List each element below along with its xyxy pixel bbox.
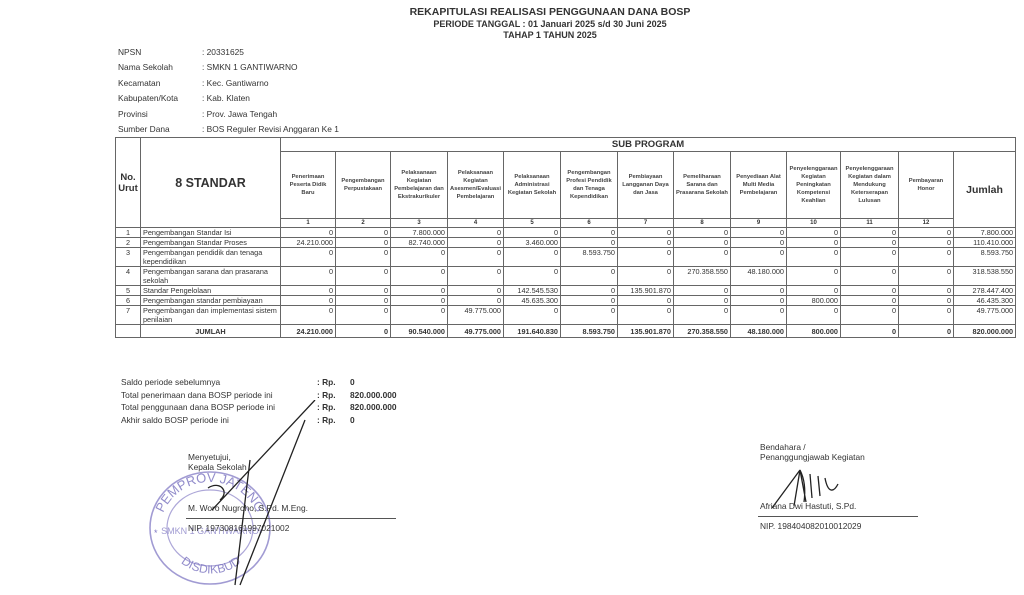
- row-standar: Pengembangan pendidik dan tenaga kependi…: [141, 248, 281, 267]
- row-value: 0: [787, 267, 841, 286]
- info-row: NPSN: 20331625: [118, 47, 339, 62]
- total-value: 191.640.830: [504, 325, 561, 338]
- row-standar: Pengembangan Standar Proses: [141, 238, 281, 248]
- row-value: 0: [336, 286, 391, 296]
- svg-text:*: *: [154, 528, 158, 538]
- info-value: : 20331625: [202, 47, 244, 62]
- row-value: 0: [391, 296, 448, 306]
- sub-program-number: 8: [674, 219, 731, 228]
- total-value: 24.210.000: [281, 325, 336, 338]
- treasurer-signature-line: [758, 516, 918, 517]
- total-value: 270.358.550: [674, 325, 731, 338]
- row-value: 0: [841, 296, 899, 306]
- row-value: 0: [841, 306, 899, 325]
- row-value: 0: [731, 228, 787, 238]
- sub-program-header: Pelaksanaan Kegiatan Pembelajaran dan Ek…: [391, 152, 448, 219]
- row-value: 0: [391, 306, 448, 325]
- info-label: NPSN: [118, 47, 202, 62]
- info-row: Nama Sekolah: SMKN 1 GANTIWARNO: [118, 62, 339, 77]
- row-value: 0: [841, 238, 899, 248]
- row-jumlah: 110.410.000: [954, 238, 1016, 248]
- treasurer-name: Afriana Dwi Hastuti, S.Pd.: [760, 501, 856, 511]
- row-value: 0: [336, 248, 391, 267]
- row-value: 0: [618, 306, 674, 325]
- sub-program-header: Penyelenggaraan Kegiatan Peningkatan Kom…: [787, 152, 841, 219]
- treasurer-line1: Bendahara /: [760, 442, 865, 452]
- total-label: JUMLAH: [141, 325, 281, 338]
- row-value: 7.800.000: [391, 228, 448, 238]
- row-jumlah: 49.775.000: [954, 306, 1016, 325]
- row-standar: Pengembangan dan implementasi sistem pen…: [141, 306, 281, 325]
- table-row: 5Standar Pengelolaan0000142.545.5300135.…: [116, 286, 1016, 296]
- row-value: 142.545.530: [504, 286, 561, 296]
- table-row: 6Pengembangan standar pembiayaan000045.6…: [116, 296, 1016, 306]
- row-value: 0: [899, 286, 954, 296]
- row-number: 7: [116, 306, 141, 325]
- row-jumlah: 7.800.000: [954, 228, 1016, 238]
- sub-program-header: Penerimaan Peserta Didik Baru: [281, 152, 336, 219]
- row-number: 4: [116, 267, 141, 286]
- row-value: 0: [281, 306, 336, 325]
- total-value: 8.593.750: [561, 325, 618, 338]
- row-value: 0: [561, 267, 618, 286]
- total-row: JUMLAH24.210.000090.540.00049.775.000191…: [116, 325, 1016, 338]
- row-value: 0: [899, 228, 954, 238]
- sub-program-number: 12: [899, 219, 954, 228]
- info-label: Kecamatan: [118, 78, 202, 93]
- header-no-urut: No. Urut: [116, 138, 141, 228]
- recap-table: No. Urut 8 STANDAR SUB PROGRAM Penerimaa…: [115, 137, 1016, 338]
- row-standar: Pengembangan standar pembiayaan: [141, 296, 281, 306]
- row-value: 0: [618, 267, 674, 286]
- summary-currency: : Rp.: [317, 377, 350, 390]
- info-row: Kecamatan: Kec. Gantiwarno: [118, 78, 339, 93]
- row-value: 0: [731, 248, 787, 267]
- sub-program-number: 3: [391, 219, 448, 228]
- sub-program-header: Penyelenggaraan Kegiatan dalam Mendukung…: [841, 152, 899, 219]
- row-value: 45.635.300: [504, 296, 561, 306]
- sub-program-header: Pembiayaan Langganan Daya dan Jasa: [618, 152, 674, 219]
- sub-program-number: 1: [281, 219, 336, 228]
- sub-program-header: Pelaksanaan Administrasi Kegiatan Sekola…: [504, 152, 561, 219]
- total-value: 0: [899, 325, 954, 338]
- row-value: 0: [731, 286, 787, 296]
- info-row: Kabupaten/Kota: Kab. Klaten: [118, 93, 339, 108]
- table-row: 2Pengembangan Standar Proses24.210.00008…: [116, 238, 1016, 248]
- row-value: 0: [448, 286, 504, 296]
- total-value: 0: [841, 325, 899, 338]
- info-label: Kabupaten/Kota: [118, 93, 202, 108]
- sub-program-header: Pengembangan Profesi Pendidik dan Tenaga…: [561, 152, 618, 219]
- sub-program-number: 9: [731, 219, 787, 228]
- row-value: 0: [899, 238, 954, 248]
- table-row: 7Pengembangan dan implementasi sistem pe…: [116, 306, 1016, 325]
- row-value: 0: [731, 296, 787, 306]
- summary-row: Saldo periode sebelumnya: Rp.0: [121, 377, 397, 390]
- row-number: 2: [116, 238, 141, 248]
- row-value: 0: [281, 296, 336, 306]
- row-value: 0: [281, 267, 336, 286]
- row-value: 0: [618, 296, 674, 306]
- row-value: 0: [504, 267, 561, 286]
- row-number: 3: [116, 248, 141, 267]
- row-value: 0: [504, 228, 561, 238]
- row-value: 0: [787, 228, 841, 238]
- row-standar: Pengembangan sarana dan prasarana sekola…: [141, 267, 281, 286]
- summary-value: 0: [350, 377, 355, 390]
- sub-program-number: 7: [618, 219, 674, 228]
- row-number: 5: [116, 286, 141, 296]
- row-value: 0: [841, 267, 899, 286]
- row-value: 82.740.000: [391, 238, 448, 248]
- row-standar: Pengembangan Standar Isi: [141, 228, 281, 238]
- row-jumlah: 318.538.550: [954, 267, 1016, 286]
- row-value: 0: [841, 286, 899, 296]
- row-value: 0: [281, 228, 336, 238]
- summary-value: 820.000.000: [350, 390, 397, 403]
- row-value: 0: [561, 286, 618, 296]
- total-blank: [116, 325, 141, 338]
- row-value: 0: [336, 306, 391, 325]
- info-label: Provinsi: [118, 109, 202, 124]
- row-value: 0: [787, 286, 841, 296]
- sub-program-number: 6: [561, 219, 618, 228]
- table-row: 1Pengembangan Standar Isi007.800.0000000…: [116, 228, 1016, 238]
- info-value: : Prov. Jawa Tengah: [202, 109, 277, 124]
- row-value: 0: [561, 228, 618, 238]
- sub-program-number: 5: [504, 219, 561, 228]
- sub-program-header: Penyediaan Alat Multi Media Pembelajaran: [731, 152, 787, 219]
- row-value: 0: [336, 238, 391, 248]
- row-value: 0: [674, 248, 731, 267]
- row-value: 48.180.000: [731, 267, 787, 286]
- row-value: 0: [281, 286, 336, 296]
- row-value: 0: [391, 286, 448, 296]
- row-value: 0: [336, 228, 391, 238]
- row-value: 0: [336, 296, 391, 306]
- table-row: 3Pengembangan pendidik dan tenaga kepend…: [116, 248, 1016, 267]
- row-value: 270.358.550: [674, 267, 731, 286]
- row-value: 0: [561, 296, 618, 306]
- row-jumlah: 278.447.400: [954, 286, 1016, 296]
- info-row: Provinsi: Prov. Jawa Tengah: [118, 109, 339, 124]
- total-jumlah: 820.000.000: [954, 325, 1016, 338]
- row-value: 0: [674, 228, 731, 238]
- sub-program-number: 10: [787, 219, 841, 228]
- row-value: 0: [899, 267, 954, 286]
- row-value: 0: [899, 306, 954, 325]
- info-value: : Kab. Klaten: [202, 93, 250, 108]
- row-value: 0: [391, 248, 448, 267]
- document-stage: TAHAP 1 TAHUN 2025: [0, 30, 1024, 40]
- row-value: 0: [787, 238, 841, 248]
- treasurer-line2: Penanggungjawab Kegiatan: [760, 452, 865, 462]
- row-value: 0: [618, 228, 674, 238]
- row-value: 0: [899, 296, 954, 306]
- row-value: 0: [448, 248, 504, 267]
- row-value: 0: [674, 286, 731, 296]
- total-value: 49.775.000: [448, 325, 504, 338]
- sub-program-header: Pengembangan Perpustakaan: [336, 152, 391, 219]
- sub-program-number: 11: [841, 219, 899, 228]
- row-value: 0: [731, 238, 787, 248]
- row-value: 0: [281, 248, 336, 267]
- row-value: 0: [674, 296, 731, 306]
- sub-program-header: Pemeliharaan Sarana dan Prasarana Sekola…: [674, 152, 731, 219]
- row-value: 0: [618, 238, 674, 248]
- row-value: 0: [448, 267, 504, 286]
- sub-program-header: Pembayaran Honor: [899, 152, 954, 219]
- row-value: 0: [787, 306, 841, 325]
- info-value: : Kec. Gantiwarno: [202, 78, 269, 93]
- row-jumlah: 8.593.750: [954, 248, 1016, 267]
- row-value: 0: [674, 306, 731, 325]
- header-8-standar: 8 STANDAR: [141, 138, 281, 228]
- row-value: 0: [787, 248, 841, 267]
- row-value: 0: [391, 267, 448, 286]
- total-value: 0: [336, 325, 391, 338]
- header-jumlah: Jumlah: [954, 152, 1016, 228]
- principal-signature: [190, 400, 340, 590]
- total-value: 48.180.000: [731, 325, 787, 338]
- treasurer-nip: NIP. 198404082010012029: [760, 521, 861, 531]
- row-value: 24.210.000: [281, 238, 336, 248]
- total-value: 90.540.000: [391, 325, 448, 338]
- sub-program-number: 4: [448, 219, 504, 228]
- row-jumlah: 46.435.300: [954, 296, 1016, 306]
- row-value: 0: [336, 267, 391, 286]
- row-value: 0: [448, 228, 504, 238]
- row-value: 0: [841, 228, 899, 238]
- row-value: 0: [674, 238, 731, 248]
- row-value: 0: [561, 238, 618, 248]
- row-value: 0: [504, 306, 561, 325]
- row-value: 0: [841, 248, 899, 267]
- document-period: PERIODE TANGGAL : 01 Januari 2025 s/d 30…: [0, 19, 1024, 29]
- row-value: 49.775.000: [448, 306, 504, 325]
- document-title: REKAPITULASI REALISASI PENGGUNAAN DANA B…: [0, 6, 1024, 18]
- summary-label: Saldo periode sebelumnya: [121, 377, 317, 390]
- row-value: 0: [448, 238, 504, 248]
- summary-value: 820.000.000: [350, 402, 397, 415]
- row-value: 0: [561, 306, 618, 325]
- row-value: 0: [618, 248, 674, 267]
- row-value: 0: [448, 296, 504, 306]
- row-number: 6: [116, 296, 141, 306]
- sub-program-header: Pelaksanaan Kegiatan Asesmen/Evaluasi Pe…: [448, 152, 504, 219]
- total-value: 135.901.870: [618, 325, 674, 338]
- table-row: 4Pengembangan sarana dan prasarana sekol…: [116, 267, 1016, 286]
- treasurer-block: Bendahara / Penanggungjawab Kegiatan: [760, 442, 865, 462]
- row-number: 1: [116, 228, 141, 238]
- row-value: 3.460.000: [504, 238, 561, 248]
- row-value: 135.901.870: [618, 286, 674, 296]
- sub-program-number: 2: [336, 219, 391, 228]
- header-sub-program: SUB PROGRAM: [281, 138, 1016, 152]
- row-value: 800.000: [787, 296, 841, 306]
- row-value: 8.593.750: [561, 248, 618, 267]
- row-standar: Standar Pengelolaan: [141, 286, 281, 296]
- total-value: 800.000: [787, 325, 841, 338]
- row-value: 0: [899, 248, 954, 267]
- info-value: : SMKN 1 GANTIWARNO: [202, 62, 298, 77]
- row-value: 0: [731, 306, 787, 325]
- summary-value: 0: [350, 415, 355, 428]
- school-info: NPSN: 20331625Nama Sekolah: SMKN 1 GANTI…: [118, 47, 339, 139]
- row-value: 0: [504, 248, 561, 267]
- info-label: Nama Sekolah: [118, 62, 202, 77]
